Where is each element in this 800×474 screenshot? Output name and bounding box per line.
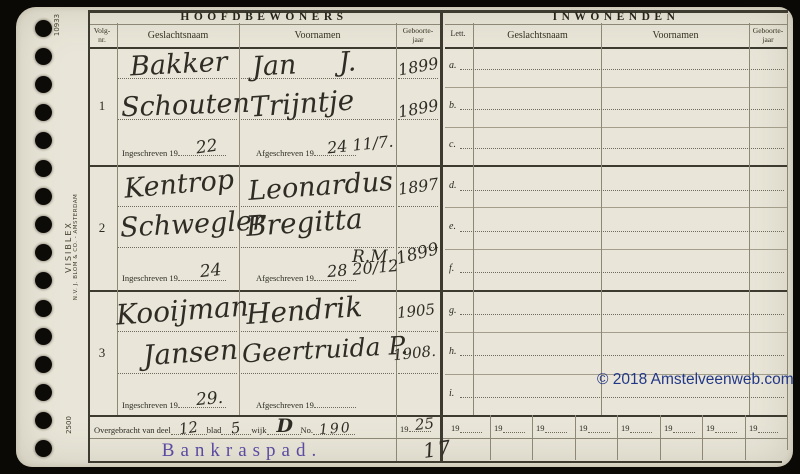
firstnames-entry2-person2: Bregitta: [245, 205, 363, 241]
punch-hole: [35, 384, 52, 401]
ingeschreven-value-1: 22: [195, 138, 219, 158]
blad-label: blad: [207, 425, 222, 435]
year-prefix: 19: [621, 423, 630, 433]
manufacturer-address: N.V. J. BLOM & CO. - AMSTERDAM: [73, 182, 79, 312]
row-letter-c: c.: [449, 139, 456, 150]
punch-hole: [35, 20, 52, 37]
afgeschreven-text: Afgeschreven 19: [256, 148, 314, 158]
year-line: [545, 432, 567, 433]
column-header-surname-right: Geslachtsnaam: [474, 30, 601, 41]
birthyear-entry3-person1: 1905: [396, 302, 436, 321]
row-letter-i: i.: [449, 388, 454, 399]
year-prefix: 19: [706, 423, 715, 433]
punch-hole: [35, 104, 52, 121]
punch-hole: [35, 272, 52, 289]
manufacturer-brand: VISIBLEX: [64, 182, 73, 312]
column-header-lett: Lett.: [443, 29, 473, 38]
afgeschreven-label-3: Afgeschreven 19: [256, 400, 356, 410]
column-header-surname-left: Geslachtsnaam: [117, 30, 239, 41]
row-letter-a: a.: [449, 60, 457, 71]
column-header-volgnr: Volg- nr.: [88, 26, 116, 44]
writing-line: [398, 373, 438, 374]
copyright-watermark: © 2018 Amstelveenweb.com: [597, 371, 794, 389]
year-cell-4: 19: [579, 419, 615, 433]
writing-line: [398, 206, 438, 207]
writing-line: [118, 373, 237, 374]
yearcell-rule-4: [617, 415, 618, 460]
surname-entry2-person2: Schwegler: [119, 207, 265, 242]
row-rule-ef: [445, 249, 787, 250]
writing-line: [460, 314, 784, 315]
transfer-row: Overgebracht van deel 12 blad 5 wijk D N…: [94, 417, 394, 435]
column-header-firstnames-left: Voornamen: [239, 30, 396, 41]
birthyear-entry3-person2: 1908.: [392, 344, 436, 363]
surname-entry3-person2: Jansen: [142, 336, 239, 371]
row-rule-ab: [445, 87, 787, 88]
deel-line: 12: [171, 434, 207, 435]
entry-number-3: 3: [88, 345, 116, 361]
birthyear-column-rule-left: [396, 23, 397, 461]
afgeschreven-text: Afgeschreven 19: [256, 273, 314, 283]
year-line: [715, 432, 737, 433]
surname-entry1-person1: Bakker: [129, 48, 228, 80]
year-line: [503, 432, 525, 433]
writing-line: [460, 148, 784, 149]
surname-entry1-person2: Schouten: [121, 90, 251, 121]
punch-hole: [35, 300, 52, 317]
yearcell-rule-5: [660, 415, 661, 460]
wijk-value: D: [277, 417, 293, 436]
year-prefix: 19: [664, 423, 673, 433]
punch-hole: [35, 48, 52, 65]
column-header-birthyear-right: Geboorte- jaar: [749, 26, 787, 44]
no-label: No.: [301, 425, 314, 435]
column-header-firstnames-right: Voornamen: [602, 30, 749, 41]
firstnames-entry1-person1: Jan J.: [251, 48, 356, 80]
row-letter-f: f.: [449, 263, 454, 274]
header-rule-left: [88, 47, 440, 49]
house-number: 17: [422, 437, 454, 461]
writing-line: [460, 69, 784, 70]
punch-hole: [35, 328, 52, 345]
no-line: 190: [313, 434, 355, 435]
overgebracht-label: Overgebracht van deel: [94, 425, 171, 435]
writing-line: [118, 331, 237, 332]
transfer-year-cell: 19 25: [400, 424, 431, 434]
punch-hole: [35, 440, 52, 457]
year-cell-3: 19: [536, 419, 572, 433]
row-letter-h: h.: [449, 346, 457, 357]
row-letter-g: g.: [449, 305, 457, 316]
punch-hole: [35, 412, 52, 429]
ingeschreven-text: Ingeschreven 19: [122, 148, 178, 158]
year-cell-6: 19: [664, 419, 700, 433]
inwonenden-title: INWONENDEN: [445, 11, 787, 23]
row-rule-de: [445, 207, 787, 208]
writing-line: [460, 355, 784, 356]
punch-hole: [35, 216, 52, 233]
yearcell-rule-1: [490, 415, 491, 460]
surname-column-rule-right: [601, 23, 602, 415]
year-cell-2: 19: [494, 419, 530, 433]
firstnames-entry3-person1: Hendrik: [245, 293, 363, 329]
year-line: [630, 432, 652, 433]
year-cell-7: 19: [706, 419, 742, 433]
writing-line: [460, 272, 784, 273]
writing-line: [460, 397, 784, 398]
year-prefix: 19: [494, 423, 503, 433]
writing-line: [460, 231, 784, 232]
row-rule-bc: [445, 127, 787, 128]
year-cell-1: 19: [451, 419, 487, 433]
year-cell-5: 19: [621, 419, 657, 433]
ingeschreven-text: Ingeschreven 19: [122, 400, 178, 410]
card-serial-bottom: 2500: [65, 407, 75, 443]
year-cell-8: 19: [749, 419, 783, 433]
afgeschreven-text: Afgeschreven 19: [256, 400, 314, 410]
year-line: [758, 432, 778, 433]
yearcell-rule-7: [745, 415, 746, 460]
punch-hole: [35, 356, 52, 373]
ingeschreven-value-3: 29.: [195, 390, 223, 409]
lett-column-rule: [473, 23, 474, 415]
yearcell-rule-3: [575, 415, 576, 460]
transfer-year-value: 25: [414, 416, 435, 433]
blad-line: 5: [221, 434, 251, 435]
hoofdbewoners-title: HOOFDBEWONERS: [88, 11, 440, 23]
volgnr-column-rule: [117, 23, 118, 415]
year-line: [460, 432, 482, 433]
wijk-label: wijk: [251, 425, 266, 435]
writing-line: [460, 190, 784, 191]
year-prefix: 19: [451, 423, 460, 433]
entry-number-1: 1: [88, 98, 116, 114]
ingeschreven-value-2: 24: [199, 262, 222, 281]
no-value: 190: [319, 421, 353, 437]
year-line: [673, 432, 695, 433]
wijk-line: D: [267, 434, 301, 435]
yearcell-rule-2: [532, 415, 533, 460]
row-letter-e: e.: [449, 221, 456, 232]
ingeschreven-text: Ingeschreven 19: [122, 273, 178, 283]
writing-line: [460, 109, 784, 110]
year-line: [588, 432, 610, 433]
afgeschreven-line: [314, 407, 356, 408]
street-name-stamp: Bankraspad.: [88, 440, 396, 462]
punch-hole: [35, 244, 52, 261]
year-prefix: 19: [579, 423, 588, 433]
column-header-birthyear-left: Geboorte- jaar: [396, 26, 440, 44]
writing-line: [118, 247, 237, 248]
block-separator-2: [88, 290, 787, 292]
birthyear-column-rule-right: [749, 23, 750, 415]
year-prefix: 19: [749, 423, 758, 433]
row-letter-b: b.: [449, 100, 457, 111]
yearcell-rule-6: [702, 415, 703, 460]
punch-hole: [35, 76, 52, 93]
blad-value: 5: [230, 420, 242, 436]
section-divider: [440, 10, 443, 461]
writing-line: [241, 373, 394, 374]
scanned-register-card-page: 10933 VISIBLEX N.V. J. BLOM & CO. - AMST…: [0, 0, 800, 474]
transfer-year-prefix: 19: [400, 424, 409, 434]
title-rule-right: [445, 24, 787, 25]
row-letter-d: d.: [449, 180, 457, 191]
card-serial-top: 10933: [53, 5, 63, 45]
entry-number-2: 2: [88, 220, 116, 236]
firstnames-entry1-person2: Trijntje: [249, 86, 355, 121]
header-rule-right: [445, 47, 787, 49]
title-rule-left: [88, 24, 440, 25]
row-rule-gh: [445, 332, 787, 333]
deel-value: 12: [178, 420, 199, 438]
punch-hole: [35, 188, 52, 205]
punch-hole: [35, 160, 52, 177]
year-prefix: 19: [536, 423, 545, 433]
punch-hole: [35, 132, 52, 149]
